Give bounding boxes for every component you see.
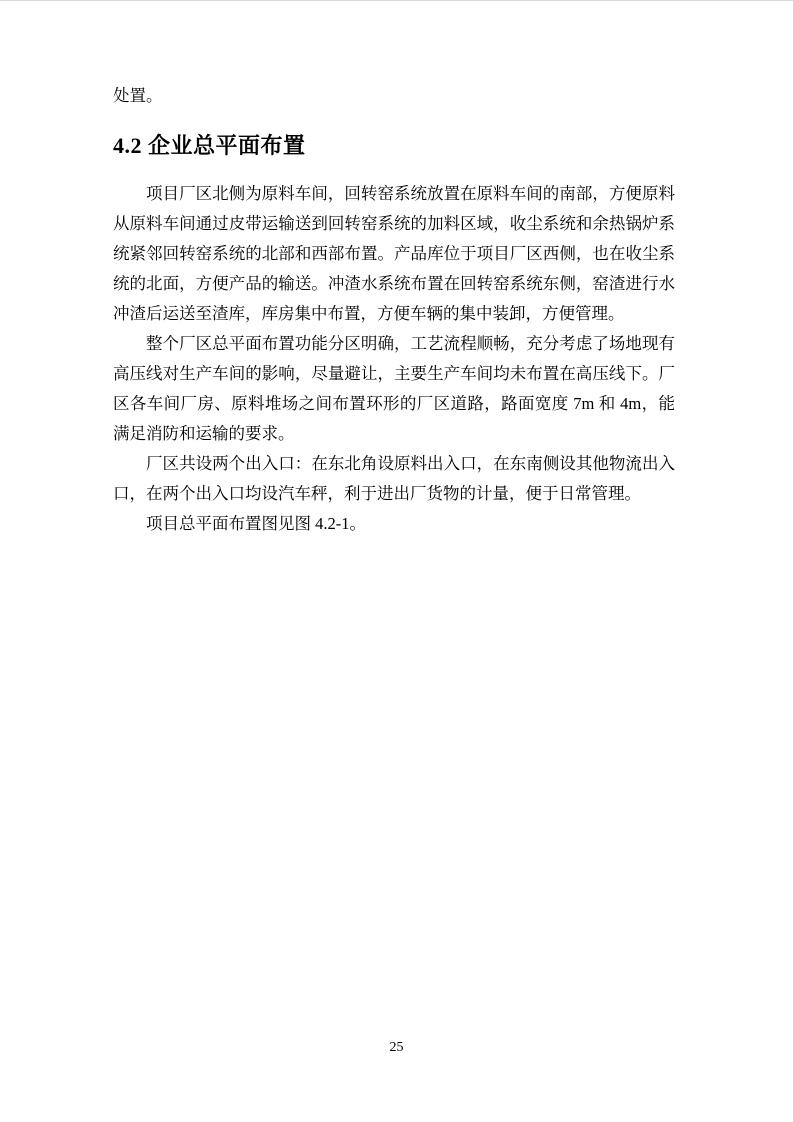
paragraph: 项目总平面布置图见图 4.2-1。 [113, 509, 675, 539]
section-heading: 4.2 企业总平面布置 [113, 126, 675, 166]
page-content: 处置。 4.2 企业总平面布置 项目厂区北侧为原料车间，回转窑系统放置在原料车间… [113, 81, 675, 539]
paragraph: 项目厂区北侧为原料车间，回转窑系统放置在原料车间的南部，方便原料从原料车间通过皮… [113, 179, 675, 329]
section-body: 项目厂区北侧为原料车间，回转窑系统放置在原料车间的南部，方便原料从原料车间通过皮… [113, 179, 675, 539]
leading-paragraph: 处置。 [113, 81, 675, 111]
document-page: 处置。 4.2 企业总平面布置 项目厂区北侧为原料车间，回转窑系统放置在原料车间… [0, 0, 793, 1122]
paragraph: 整个厂区总平面布置功能分区明确，工艺流程顺畅，充分考虑了场地现有高压线对生产车间… [113, 329, 675, 449]
paragraph: 厂区共设两个出入口：在东北角设原料出入口，在东南侧设其他物流出入口，在两个出入口… [113, 449, 675, 509]
page-number: 25 [0, 1039, 793, 1057]
